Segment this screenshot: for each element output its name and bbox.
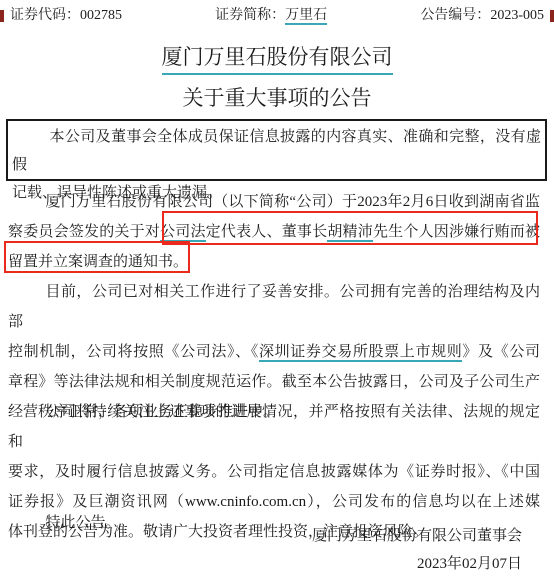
signature-date: 2023年02月07日 [8,553,522,575]
doc-line: 厦门万里石股份有限公司（以下简称“公司）于2023年2月6日收到湖南省监 [8,187,540,217]
doc-line: 章程》等法律法规和相关制度规范运作。截至本公告披露日，公司及子公司生产 [8,367,540,397]
text-run: 定代表人、董事长 [206,224,328,240]
text-run: 公司将持续关注上述事项的进展情况，并严格按照有关法律、法规的规定和 [8,404,540,450]
doc-line: 留置并立案调查的通知书。 [8,247,540,277]
paragraph-notice: 厦门万里石股份有限公司（以下简称“公司）于2023年2月6日收到湖南省监察委员会… [8,187,540,277]
signature-company: 厦门万里石股份有限公司董事会 [8,525,522,547]
text-run: 要求，及时履行信息披露义务。公司指定信息披露媒体为《证券时报》、《中国 [8,464,540,480]
scan-artifact-right [550,10,554,22]
text-run: 厦门万里石股份有限公司（以下简称“公司）于2023年2月6日收到湖南省监 [46,194,541,210]
doc-line: 本公司及董事会全体成员保证信息披露的内容真实、准确和完整，没有虚假 [12,123,541,179]
text-run: 》及《公司 [462,344,540,360]
stock-code: 证券代码：002785 [10,6,122,26]
text-run: 本公司及董事会全体成员保证信息披露的内容真实、准确和完整，没有虚假 [12,129,541,173]
stock-name-value: 万里石 [285,8,327,25]
underlined-term: 胡精沛 [327,224,373,242]
stock-code-value: 002785 [80,8,122,23]
doc-line: 目前，公司已对相关工作进行了妥善安排。公司拥有完善的治理结构及内部 [8,277,540,337]
announcement-document: 证券代码：002785 证券简称：万里石 公告编号：2023-005 厦门万里石… [0,0,554,576]
scan-artifact-left [0,10,4,22]
underlined-term: 公司法 [160,224,206,242]
disclaimer-box: 本公司及董事会全体成员保证信息披露的内容真实、准确和完整，没有虚假记载、误导性陈… [6,119,547,181]
announcement-number: 公告编号：2023-005 [420,6,544,26]
doc-line: 要求，及时履行信息披露义务。公司指定信息披露媒体为《证券时报》、《中国 [8,457,540,487]
stock-name-label: 证券简称： [215,8,285,23]
text-run: 察委员会签发的关于对 [8,224,160,240]
announcement-subject-title: 关于重大事项的公告 [0,83,554,113]
text-run: 先生个人因涉嫌行贿而被 [373,224,540,240]
company-title: 厦门万里石股份有限公司 [0,42,554,75]
doc-line: 公司将持续关注上述事项的进展情况，并严格按照有关法律、法规的规定和 [8,397,540,457]
doc-line: 控制机制，公司将按照《公司法》、《深圳证券交易所股票上市规则》及《公司 [8,337,540,367]
text-run: 章程》等法律法规和相关制度规范运作。截至本公告披露日，公司及子公司生产 [8,374,540,390]
announcement-number-value: 2023-005 [490,8,544,23]
announcement-number-label: 公告编号： [420,8,490,23]
stock-name: 证券简称：万里石 [215,6,327,26]
doc-line: 察委员会签发的关于对公司法定代表人、董事长胡精沛先生个人因涉嫌行贿而被 [8,217,540,247]
text-run: 控制机制，公司将按照《公司法》、《 [8,344,259,360]
document-header-row: 证券代码：002785 证券简称：万里石 公告编号：2023-005 [10,6,544,26]
text-run: 留置并立案调查的通知书。 [8,254,188,270]
stock-code-label: 证券代码： [10,8,80,23]
underlined-term: 深圳证券交易所股票上市规则 [259,344,462,362]
company-title-text: 厦门万里石股份有限公司 [162,42,393,75]
text-run: 目前，公司已对相关工作进行了妥善安排。公司拥有完善的治理结构及内部 [8,284,540,330]
